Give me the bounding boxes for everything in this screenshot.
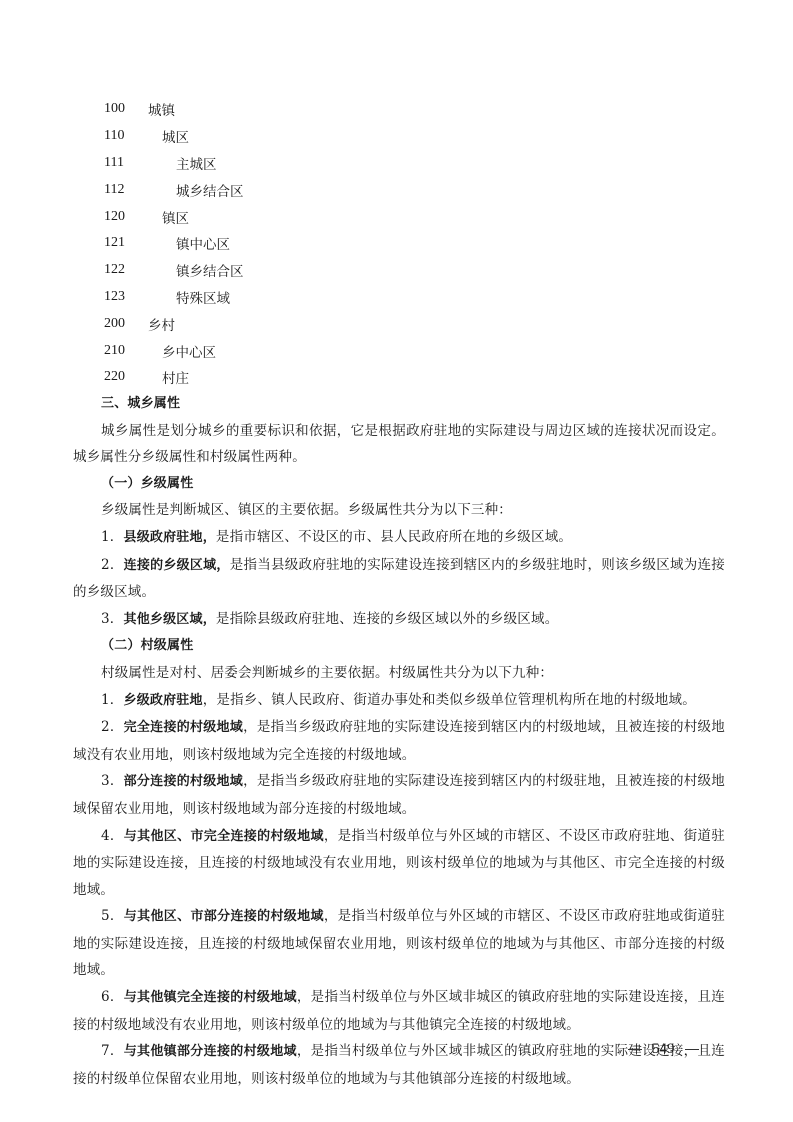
code-number: 121 <box>104 235 148 251</box>
code-row: 110城区 <box>104 123 244 150</box>
item-term: 乡级政府驻地 <box>124 693 203 708</box>
code-number: 100 <box>104 101 148 117</box>
classification-code-list: 100城镇 110城区 111主城区 112城乡结合区 120镇区 121镇中心… <box>104 96 244 391</box>
code-row: 120镇区 <box>104 203 244 230</box>
code-number: 120 <box>104 209 148 225</box>
item-number: 6． <box>101 989 124 1005</box>
code-number: 111 <box>104 155 148 171</box>
item-number: 5． <box>101 908 124 924</box>
page-number-text: 549 <box>652 1041 675 1058</box>
document-body: 三、城乡属性 城乡属性是划分城乡的重要标识和依据，它是根据政府驻地的实际建设与周… <box>73 391 725 1092</box>
item-number: 7． <box>101 1043 124 1059</box>
village-item: 4．与其他区、市完全连接的村级地域，是指当村级单位与外区域的市辖区、不设区市政府… <box>73 823 725 904</box>
township-item: 2．连接的乡级区域，是指当县级政府驻地的实际建设连接到辖区内的乡级驻地时，则该乡… <box>73 552 725 606</box>
code-number: 123 <box>104 289 148 305</box>
item-term: 与其他镇部分连接的村级地域 <box>124 1044 297 1059</box>
township-item: 3．其他乡级区域，是指除县级政府驻地、连接的乡级区域以外的乡级区域。 <box>73 606 725 634</box>
item-description: 是指市辖区、不设区的市、县人民政府所在地的乡级区域。 <box>216 529 572 545</box>
document-page: 100城镇 110城区 111主城区 112城乡结合区 120镇区 121镇中心… <box>0 0 793 1122</box>
township-item: 1．县级政府驻地，是指市辖区、不设区的市、县人民政府所在地的乡级区域。 <box>73 524 725 552</box>
village-item: 2．完全连接的村级地域，是指当乡级政府驻地的实际建设连接到辖区内的村级地域，且被… <box>73 714 725 768</box>
township-intro: 乡级属性是判断城区、镇区的主要依据。乡级属性共分为以下三种： <box>73 497 725 524</box>
item-number: 2． <box>101 557 124 573</box>
code-label: 村庄 <box>148 367 189 387</box>
item-term: 部分连接的村级地域 <box>124 774 243 789</box>
code-label: 镇乡结合区 <box>148 260 244 280</box>
village-item: 1．乡级政府驻地，是指乡、镇人民政府、街道办事处和类似乡级单位管理机构所在地的村… <box>73 687 725 715</box>
section-intro: 城乡属性是划分城乡的重要标识和依据，它是根据政府驻地的实际建设与周边区域的连接状… <box>73 418 725 471</box>
code-row: 123特殊区域 <box>104 284 244 311</box>
dash-decoration <box>628 1049 642 1050</box>
code-row: 200乡村 <box>104 310 244 337</box>
code-label: 城乡结合区 <box>148 180 244 200</box>
page-number: 549 <box>628 1041 699 1058</box>
code-number: 122 <box>104 262 148 278</box>
dash-decoration <box>685 1049 699 1050</box>
code-row: 100城镇 <box>104 96 244 123</box>
item-term: 完全连接的村级地域 <box>124 720 243 735</box>
code-number: 112 <box>104 182 148 198</box>
item-number: 2． <box>101 719 124 735</box>
item-term: 县级政府驻地， <box>124 530 216 545</box>
code-row: 210乡中心区 <box>104 337 244 364</box>
item-term: 与其他区、市完全连接的村级地域 <box>124 829 324 844</box>
code-row: 111主城区 <box>104 150 244 177</box>
item-term: 与其他镇完全连接的村级地域 <box>124 990 297 1005</box>
code-label: 主城区 <box>148 153 217 173</box>
item-term: 连接的乡级区域， <box>124 558 230 573</box>
item-number: 1． <box>101 692 124 708</box>
code-label: 特殊区域 <box>148 287 230 307</box>
item-term: 与其他区、市部分连接的村级地域 <box>124 909 324 924</box>
item-number: 3． <box>101 611 124 627</box>
section-heading: 三、城乡属性 <box>73 391 725 418</box>
code-number: 200 <box>104 316 148 332</box>
code-row: 121镇中心区 <box>104 230 244 257</box>
code-number: 110 <box>104 128 148 144</box>
village-item: 3．部分连接的村级地域，是指当乡级政府驻地的实际建设连接到辖区内的村级驻地，且被… <box>73 768 725 822</box>
code-number: 220 <box>104 369 148 385</box>
code-label: 乡村 <box>148 314 175 334</box>
code-label: 乡中心区 <box>148 341 216 361</box>
item-number: 3． <box>101 773 124 789</box>
village-item: 6．与其他镇完全连接的村级地域，是指当村级单位与外区域非城区的镇政府驻地的实际建… <box>73 984 725 1038</box>
code-row: 122镇乡结合区 <box>104 257 244 284</box>
item-description: ，是指乡、镇人民政府、街道办事处和类似乡级单位管理机构所在地的村级地域。 <box>203 692 696 708</box>
code-label: 城镇 <box>148 99 175 119</box>
code-number: 210 <box>104 343 148 359</box>
subsection-heading-township: （一）乡级属性 <box>73 471 725 498</box>
code-row: 220村庄 <box>104 364 244 391</box>
subsection-heading-village: （二）村级属性 <box>73 633 725 660</box>
code-label: 城区 <box>148 126 189 146</box>
village-item: 5．与其他区、市部分连接的村级地域，是指当村级单位与外区域的市辖区、不设区市政府… <box>73 903 725 984</box>
item-number: 4． <box>101 828 124 844</box>
code-label: 镇中心区 <box>148 233 230 253</box>
item-description: 是指除县级政府驻地、连接的乡级区域以外的乡级区域。 <box>216 611 559 627</box>
item-number: 1． <box>101 529 124 545</box>
code-row: 112城乡结合区 <box>104 176 244 203</box>
code-label: 镇区 <box>148 207 189 227</box>
item-term: 其他乡级区域， <box>124 612 216 627</box>
village-intro: 村级属性是对村、居委会判断城乡的主要依据。村级属性共分为以下九种： <box>73 660 725 687</box>
